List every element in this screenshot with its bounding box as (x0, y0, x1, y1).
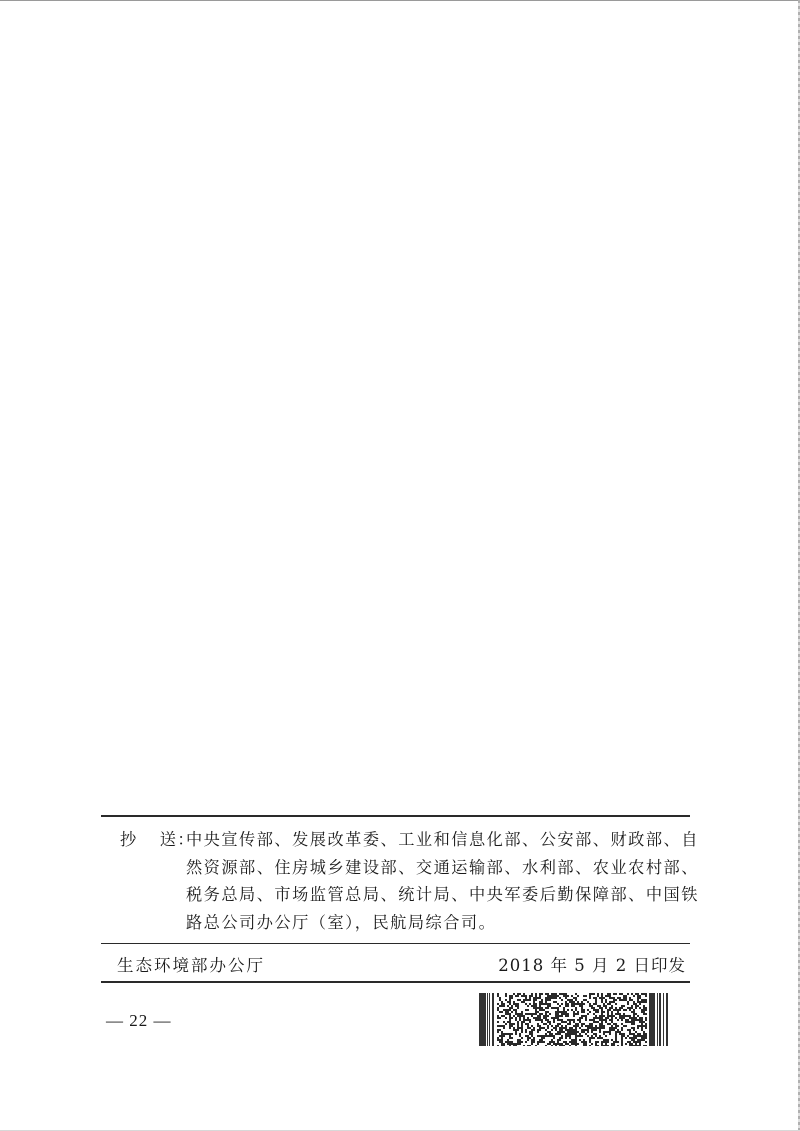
cc-line: 路总公司办公厅（室），民航局综合司。 (186, 909, 696, 937)
issue-date: 2018 年 5 月 2 日印发 (498, 952, 686, 976)
cc-line: 中央宣传部、发展改革委、工业和信息化部、公安部、财政部、自 (186, 826, 696, 854)
cc-label: 抄送： (120, 826, 195, 854)
issuing-office: 生态环境部办公厅 (117, 952, 265, 976)
page-number: — 22 — (106, 1011, 172, 1031)
2d-barcode-icon (479, 993, 670, 1046)
scan-edge-top (0, 0, 800, 1)
divider-top (101, 815, 690, 817)
divider-middle (101, 943, 690, 944)
cc-label-char1: 抄 (120, 830, 138, 849)
cc-line: 然资源部、住房城乡建设部、交通运输部、水利部、农业农村部、 (186, 854, 696, 882)
cc-recipients: 中央宣传部、发展改革委、工业和信息化部、公安部、财政部、自 然资源部、住房城乡建… (186, 826, 696, 936)
divider-bottom (101, 981, 690, 983)
cc-line: 税务总局、市场监管总局、统计局、中央军委后勤保障部、中国铁 (186, 881, 696, 909)
